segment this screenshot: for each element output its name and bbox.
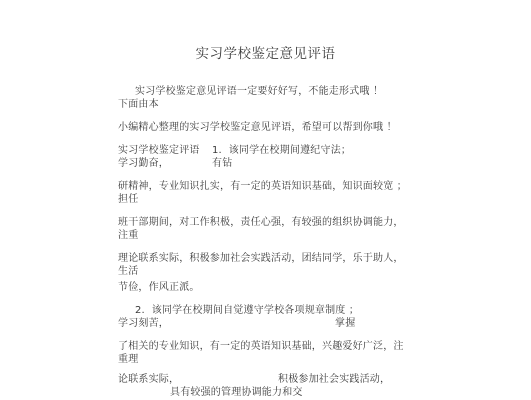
item-1-line-2b: 有钻: [212, 158, 232, 170]
item-2-line-5b: 积极参加社会实践活动，: [278, 374, 390, 386]
item-2-line-3: 了相关的专业知识，有一定的英语知识基础，兴趣爱好广泛，注: [118, 341, 404, 353]
intro-line-2: 下面由本: [118, 99, 159, 111]
item-1-line-9: 节俭，作风正派。: [118, 282, 200, 294]
section-label: 实习学校鉴定评语: [118, 145, 200, 157]
item-1-line-2a: 学习勤奋，: [118, 158, 169, 170]
page-title-text: 实习学校鉴定意见评语: [196, 46, 336, 62]
intro-line-1: 实习学校鉴定意见评语一定要好好写，不能走形式哦 ！: [135, 86, 383, 98]
item-1-line-3: 研精神，专业知识扎实，有一定的英语知识基础，知识面较宽 ；: [118, 181, 407, 193]
page-title: 实习学校鉴定意见评语: [0, 46, 531, 62]
document-page: 实习学校鉴定意见评语 实习学校鉴定意见评语一定要好好写，不能走形式哦 ！ 下面由…: [0, 0, 531, 400]
item-1-opening: 1. 该同学在校期间遵纪守法；: [212, 145, 351, 157]
item-2-opening: 2. 该同学在校期间自觉遵守学校各项规章制度 ；: [135, 305, 359, 317]
item-2-line-4: 重理: [118, 354, 138, 366]
item-2-line-6: 具有较强的管理协调能力和交: [170, 387, 303, 399]
item-2-line-2b: 掌握: [335, 318, 355, 330]
item-1-line-7: 理论联系实际，积极参加社会实践活动，团结同学，乐于助人，: [118, 253, 404, 265]
item-2-line-2a: 学习刻苦，: [118, 318, 169, 330]
item-1-line-5: 班干部期间，对工作积极，责任心强，有较强的组织协调能力，: [118, 217, 404, 229]
item-1-line-6: 注重: [118, 230, 138, 242]
item-1-line-8: 生活: [118, 266, 138, 278]
intro-line-3: 小编精心整理的实习学校鉴定意见评语，希望可以帮到你哦 ！: [118, 122, 397, 134]
item-1-line-4: 担任: [118, 194, 138, 206]
item-2-line-5a: 论联系实际，: [118, 374, 179, 386]
